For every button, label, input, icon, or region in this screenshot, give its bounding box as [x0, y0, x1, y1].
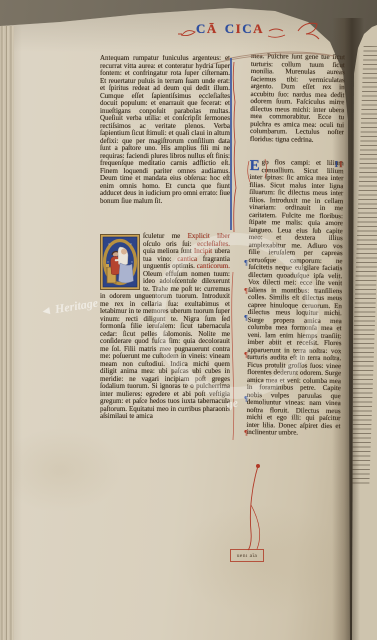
watermark-text-partial: ◄ Heritage [227, 399, 269, 416]
running-title: CĀ CICA [196, 21, 264, 37]
catchword-box: uenı aīa [230, 549, 264, 562]
page-edge-stack [0, 26, 14, 640]
text-segment: C [225, 21, 236, 36]
text-segment: C [242, 21, 253, 36]
text-segment: Ā [207, 21, 218, 36]
ecclesiastes-ending-text: Antequam rumpatur funiculus argenteus: e… [100, 55, 230, 233]
chapter-2-initial-E: E [250, 159, 261, 174]
text-segment: A [253, 21, 264, 36]
initial-O-miniature [100, 234, 140, 290]
watermark-ring [153, 233, 319, 399]
watermark-label: Heritage [227, 399, 239, 416]
historiated-initial-O [100, 234, 140, 290]
watermark-arrow-icon: ◄ [39, 303, 53, 319]
text-segment: C [196, 21, 207, 36]
catchword-text: uenı aīa [237, 553, 257, 559]
paraph-mark: ¶ [244, 430, 248, 436]
watermark-text-inner: ◄ Heritage [227, 399, 239, 416]
manuscript-photo: CĀ CICA Antequam rumpatur funiculus arge… [0, 0, 377, 640]
canticles-chapter1-continued-text: mea. Pulchre ſunt gene tue ſicut turturi… [250, 53, 345, 160]
facing-page [350, 0, 377, 640]
